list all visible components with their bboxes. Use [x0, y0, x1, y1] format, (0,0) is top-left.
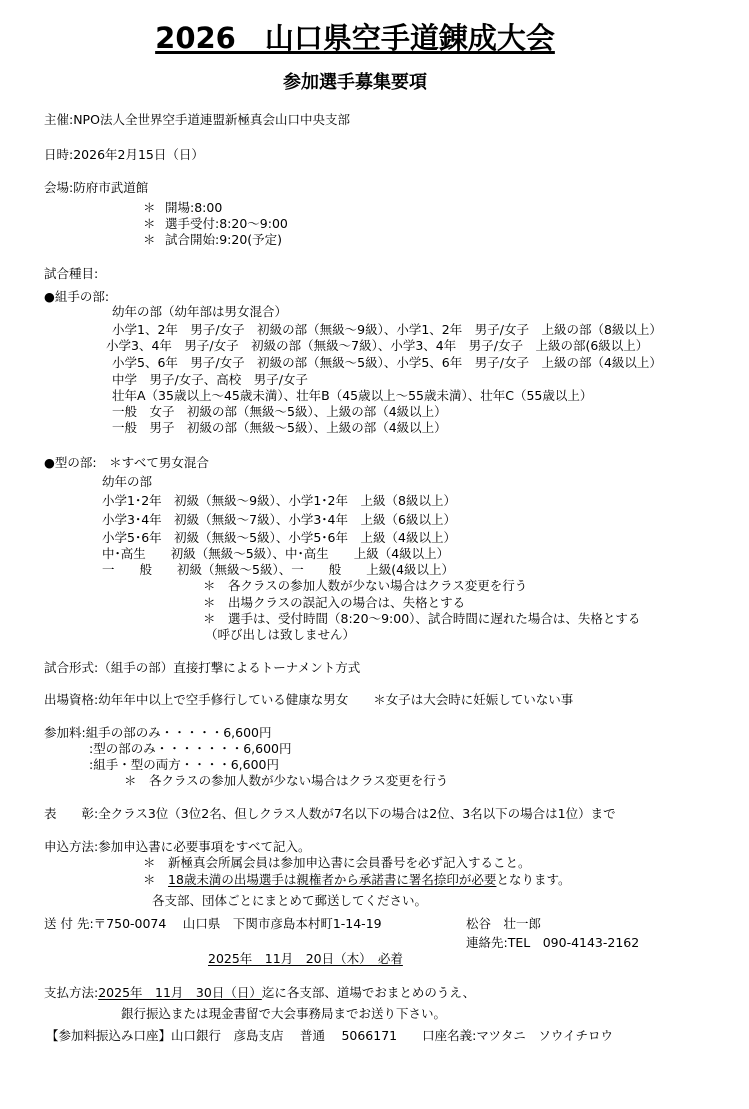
kata-item: 中･高生 初級（無級〜5級）、中･高生 上級（4級以上） [102, 546, 449, 562]
kata-note: （呼び出しは致しません） [205, 627, 355, 643]
mailing-address: 送 付 先:〒750-0074 山口県 下関市彦島本村町1-14-19 [44, 916, 382, 932]
payment-instruction: 銀行振込または現金書留で大会事務局までお送り下さい。 [121, 1006, 446, 1022]
application-note: ＊ 新極真会所属会員は参加申込書に会員番号を必ず記入すること。 [143, 855, 531, 871]
schedule-reception: ＊選手受付:8:20〜9:00 [143, 216, 288, 232]
kata-note: ＊ 出場クラスの誤記入の場合は、失格とする [203, 595, 465, 611]
fee-kata: :型の部のみ・・・・・・・6,600円 [89, 741, 292, 757]
match-format: 試合形式:（組手の部）直接打撃によるトーナメント方式 [44, 660, 360, 676]
awards: 表 彰:全クラス3位（3位2名、但しクラス人数が7名以下の場合は2位、3名以下の… [44, 806, 616, 822]
eligibility: 出場資格:幼年年中以上で空手修行している健康な男女 ＊女子は大会時に妊娠していな… [44, 692, 573, 708]
kumite-item: 小学3、4年 男子/女子 初級の部（無級〜7級）、小学3、4年 男子/女子 上級… [106, 338, 648, 354]
kumite-item: 壮年A（35歳以上〜45歳未満）、壮年B（45歳以上〜55歳未満）、壮年C（55… [112, 388, 592, 404]
fee-note: ＊ 各クラスの参加人数が少ない場合はクラス変更を行う [124, 773, 448, 789]
fee-kumite: 参加料:組手の部のみ・・・・・6,600円 [44, 725, 272, 741]
organizer: 主催:NPO法人全世界空手道連盟新極真会山口中央支部 [44, 112, 350, 128]
kata-heading: ●型の部: ＊すべて男女混合 [44, 455, 209, 471]
kata-item: 小学3･4年 初級（無級〜7級）、小学3･4年 上級（6級以上） [102, 512, 456, 528]
kumite-item: 中学 男子/女子、高校 男子/女子 [112, 372, 308, 388]
document-subtitle: 参加選手募集要項 [0, 71, 710, 95]
kata-item: 小学1･2年 初級（無級〜9級）、小学1･2年 上級（8級以上） [102, 493, 456, 509]
document-title: 2026 山口県空手道錬成大会 [0, 20, 710, 56]
kumite-item: 小学5、6年 男子/女子 初級の部（無級〜5級）、小学5、6年 男子/女子 上級… [112, 355, 662, 371]
kumite-heading: ●組手の部: [44, 289, 109, 305]
schedule-open: ＊開場:8:00 [143, 200, 222, 216]
application-note: 各支部、団体ごとにまとめて郵送してください。 [152, 893, 427, 909]
venue: 会場:防府市武道館 [44, 180, 148, 196]
contact-phone: 連絡先:TEL 090-4143-2162 [466, 935, 639, 951]
event-date: 日時:2026年2月15日（日） [44, 147, 204, 163]
kata-note: ＊ 各クラスの参加人数が少ない場合はクラス変更を行う [203, 578, 527, 594]
recipient-name: 松谷 壮一郎 [466, 916, 541, 932]
application-method: 申込方法:参加申込書に必要事項をすべて記入。 [44, 839, 310, 855]
kumite-item: 幼年の部（幼年部は男女混合） [112, 304, 287, 320]
schedule-start: ＊試合開始:9:20(予定) [143, 232, 282, 248]
kumite-item: 一般 男子 初級の部（無級〜5級）、上級の部（4級以上） [112, 420, 447, 436]
kumite-item: 一般 女子 初級の部（無級〜5級）、上級の部（4級以上） [112, 404, 447, 420]
payment-method: 支払方法:2025年 11月 30日（日）迄に各支部、道場でおまとめのうえ、 [44, 985, 475, 1001]
kumite-item: 小学1、2年 男子/女子 初級の部（無級〜9級）、小学1、2年 男子/女子 上級… [112, 322, 662, 338]
kata-item: 一 般 初級（無級〜5級）、一 般 上級(4級以上） [102, 562, 454, 578]
application-note: ＊ 18歳未満の出場選手は親権者から承諾書に署名捺印が必要となります。 [143, 872, 570, 888]
application-deadline: 2025年 11月 20日（木） 必着 [208, 951, 403, 967]
kata-item: 小学5･6年 初級（無級〜5級）、小学5･6年 上級（4級以上） [102, 530, 456, 546]
events-label: 試合種目: [44, 266, 98, 282]
kata-note: ＊ 選手は、受付時間（8:20〜9:00）、試合時間に遅れた場合は、失格とする [203, 611, 640, 627]
bank-account: 【参加料振込み口座】山口銀行 彦島支店 普通 5066171 口座名義:マツタニ… [46, 1028, 613, 1044]
kata-item: 幼年の部 [102, 474, 152, 490]
fee-both: :組手・型の両方・・・・6,600円 [89, 757, 279, 773]
